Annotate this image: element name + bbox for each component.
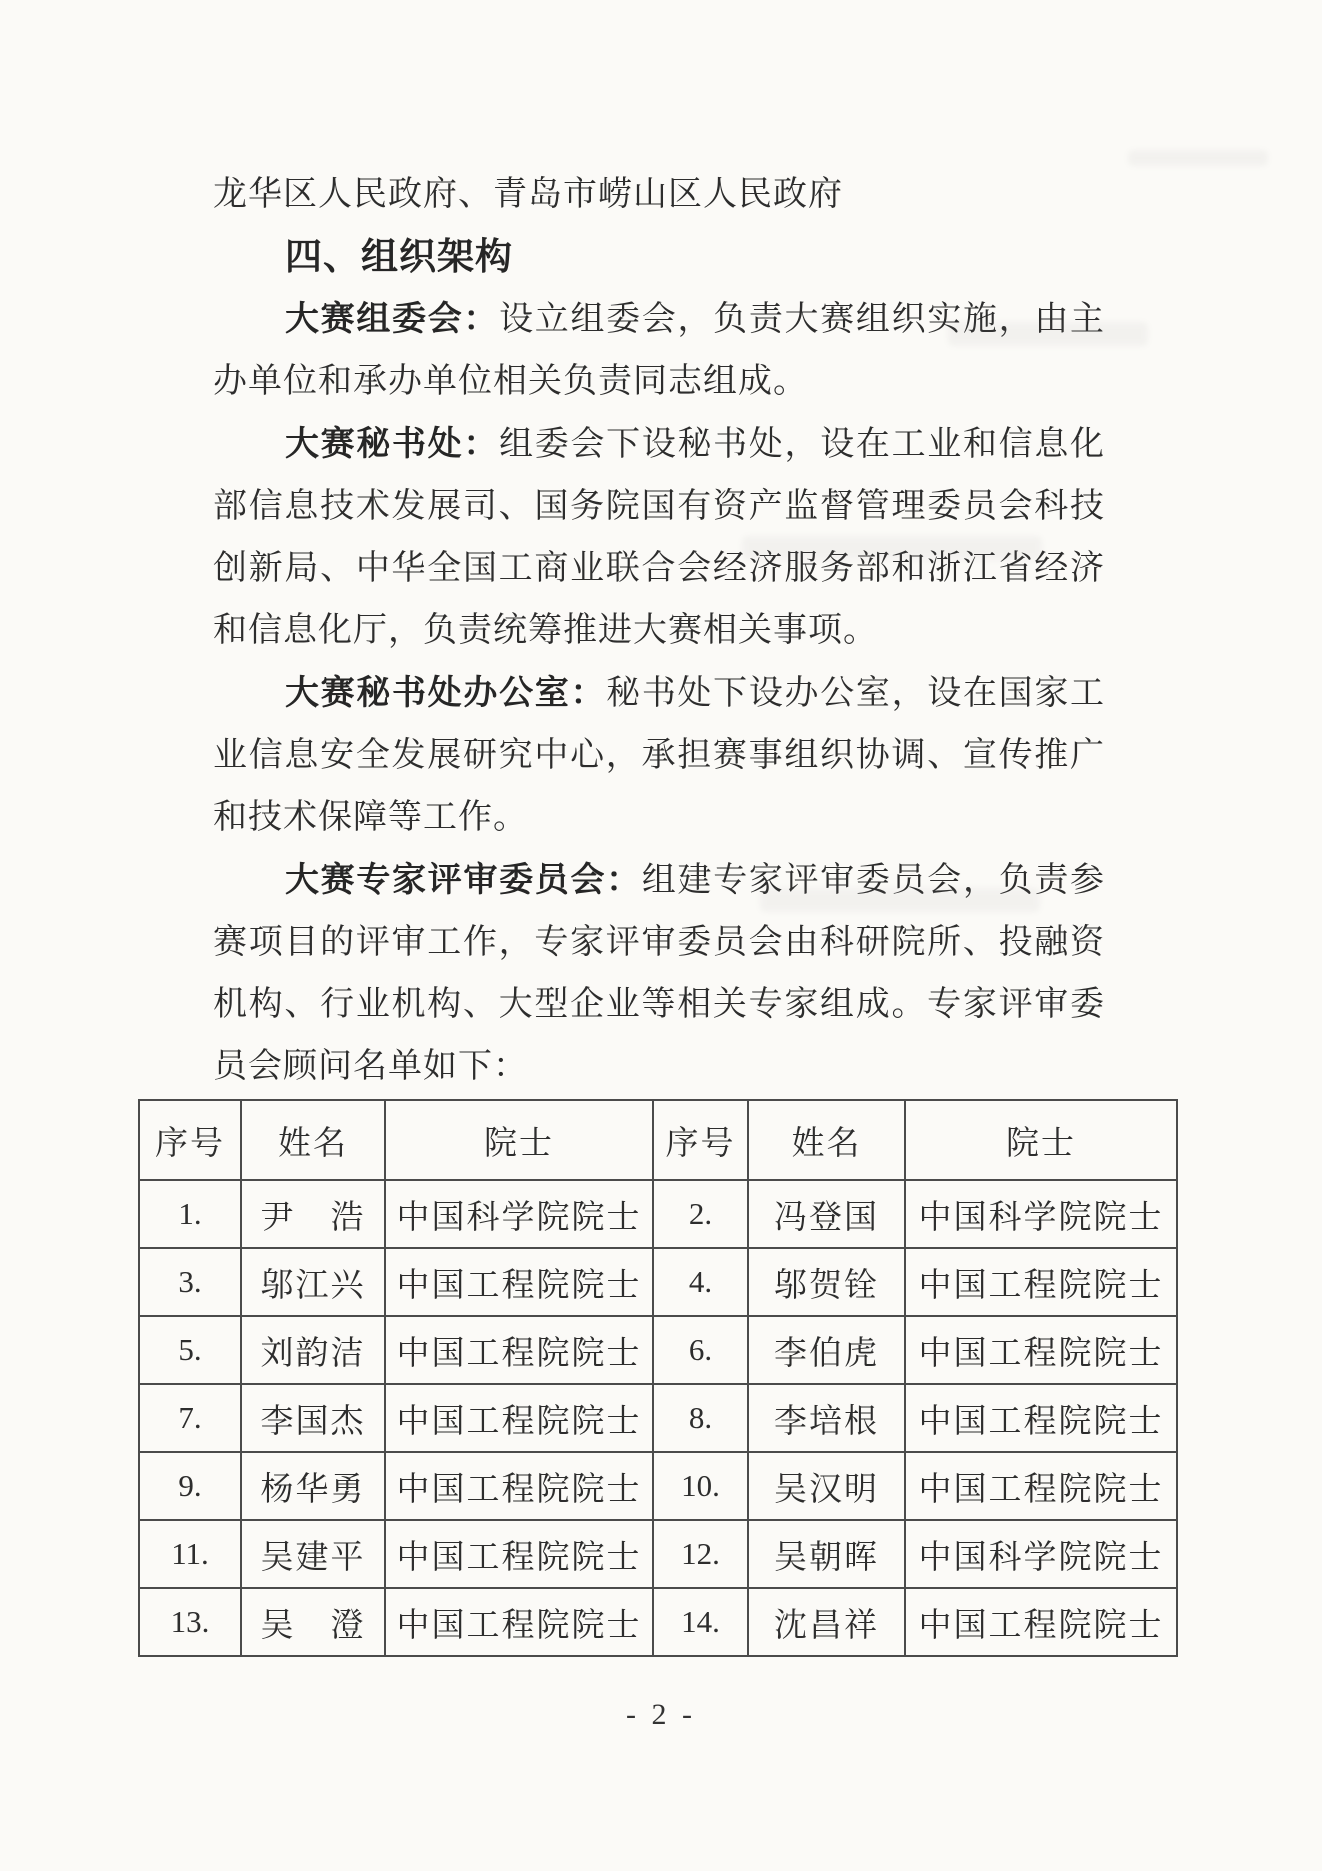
header-cell-index-left: 序号 (139, 1100, 241, 1180)
scan-artifact (1128, 150, 1268, 166)
paragraph-organizing-committee: 大赛组委会：设立组委会，负责大赛组织实施，由主办单位和承办单位相关负责同志组成。 (213, 288, 1105, 413)
cell-name: 李伯虎 (748, 1316, 905, 1384)
cell-title: 中国工程院院士 (905, 1248, 1177, 1316)
continuation-line: 龙华区人民政府、青岛市崂山区人民政府 (213, 164, 1105, 226)
cell-name: 尹 浩 (241, 1180, 385, 1248)
scanned-document-page: 龙华区人民政府、青岛市崂山区人民政府 四、组织架构 大赛组委会：设立组委会，负责… (0, 0, 1322, 1871)
cell-title: 中国科学院院士 (905, 1520, 1177, 1588)
paragraph-secretariat-office: 大赛秘书处办公室：秘书处下设办公室，设在国家工业信息安全发展研究中心，承担赛事组… (213, 662, 1105, 849)
cell-index: 10. (653, 1452, 748, 1520)
cell-title: 中国科学院院士 (385, 1180, 653, 1248)
table-row: 5. 刘韵洁 中国工程院院士 6. 李伯虎 中国工程院院士 (139, 1316, 1177, 1384)
paragraph-lead: 大赛专家评审委员会： (285, 861, 642, 899)
table-row: 11. 吴建平 中国工程院院士 12. 吴朝晖 中国科学院院士 (139, 1520, 1177, 1588)
cell-name: 邬江兴 (241, 1248, 385, 1316)
cell-index: 5. (139, 1316, 241, 1384)
cell-title: 中国工程院院士 (385, 1520, 653, 1588)
table-row: 3. 邬江兴 中国工程院院士 4. 邬贺铨 中国工程院院士 (139, 1248, 1177, 1316)
paragraph-expert-committee: 大赛专家评审委员会：组建专家评审委员会，负责参赛项目的评审工作，专家评审委员会由… (213, 849, 1105, 1098)
cell-title: 中国工程院院士 (385, 1248, 653, 1316)
cell-index: 14. (653, 1588, 748, 1656)
cell-index: 12. (653, 1520, 748, 1588)
cell-name: 李国杰 (241, 1384, 385, 1452)
cell-index: 3. (139, 1248, 241, 1316)
cell-index: 6. (653, 1316, 748, 1384)
advisors-table-header-row: 序号 姓名 院士 序号 姓名 院士 (139, 1100, 1177, 1180)
advisors-table: 序号 姓名 院士 序号 姓名 院士 1. 尹 浩 中国科学院院士 2. 冯登国 … (138, 1099, 1178, 1657)
cell-name: 杨华勇 (241, 1452, 385, 1520)
cell-name: 刘韵洁 (241, 1316, 385, 1384)
paragraph-secretariat: 大赛秘书处：组委会下设秘书处，设在工业和信息化部信息技术发展司、国务院国有资产监… (213, 413, 1105, 662)
cell-index: 2. (653, 1180, 748, 1248)
cell-index: 7. (139, 1384, 241, 1452)
cell-index: 8. (653, 1384, 748, 1452)
document-body: 龙华区人民政府、青岛市崂山区人民政府 四、组织架构 大赛组委会：设立组委会，负责… (213, 164, 1105, 1098)
table-row: 9. 杨华勇 中国工程院院士 10. 吴汉明 中国工程院院士 (139, 1452, 1177, 1520)
cell-title: 中国工程院院士 (905, 1316, 1177, 1384)
cell-name: 李培根 (748, 1384, 905, 1452)
paragraph-lead: 大赛组委会： (285, 300, 499, 338)
header-cell-name-left: 姓名 (241, 1100, 385, 1180)
cell-title: 中国工程院院士 (905, 1452, 1177, 1520)
cell-title: 中国工程院院士 (385, 1316, 653, 1384)
cell-index: 4. (653, 1248, 748, 1316)
header-cell-index-right: 序号 (653, 1100, 748, 1180)
cell-title: 中国工程院院士 (385, 1588, 653, 1656)
paragraph-lead: 大赛秘书处： (285, 425, 499, 463)
section-heading: 四、组织架构 (213, 226, 1105, 288)
cell-index: 9. (139, 1452, 241, 1520)
cell-title: 中国工程院院士 (905, 1588, 1177, 1656)
header-cell-title-right: 院士 (905, 1100, 1177, 1180)
cell-name: 沈昌祥 (748, 1588, 905, 1656)
cell-name: 吴朝晖 (748, 1520, 905, 1588)
header-cell-title-left: 院士 (385, 1100, 653, 1180)
table-row: 1. 尹 浩 中国科学院院士 2. 冯登国 中国科学院院士 (139, 1180, 1177, 1248)
cell-index: 11. (139, 1520, 241, 1588)
table-row: 7. 李国杰 中国工程院院士 8. 李培根 中国工程院院士 (139, 1384, 1177, 1452)
cell-name: 冯登国 (748, 1180, 905, 1248)
cell-index: 13. (139, 1588, 241, 1656)
cell-title: 中国工程院院士 (385, 1452, 653, 1520)
header-cell-name-right: 姓名 (748, 1100, 905, 1180)
table-row: 13. 吴 澄 中国工程院院士 14. 沈昌祥 中国工程院院士 (139, 1588, 1177, 1656)
cell-title: 中国科学院院士 (905, 1180, 1177, 1248)
cell-title: 中国工程院院士 (905, 1384, 1177, 1452)
cell-name: 吴建平 (241, 1520, 385, 1588)
cell-name: 邬贺铨 (748, 1248, 905, 1316)
cell-name: 吴汉明 (748, 1452, 905, 1520)
paragraph-lead: 大赛秘书处办公室： (285, 674, 606, 712)
page-number: - 2 - (0, 1698, 1322, 1732)
cell-index: 1. (139, 1180, 241, 1248)
cell-name: 吴 澄 (241, 1588, 385, 1656)
cell-title: 中国工程院院士 (385, 1384, 653, 1452)
